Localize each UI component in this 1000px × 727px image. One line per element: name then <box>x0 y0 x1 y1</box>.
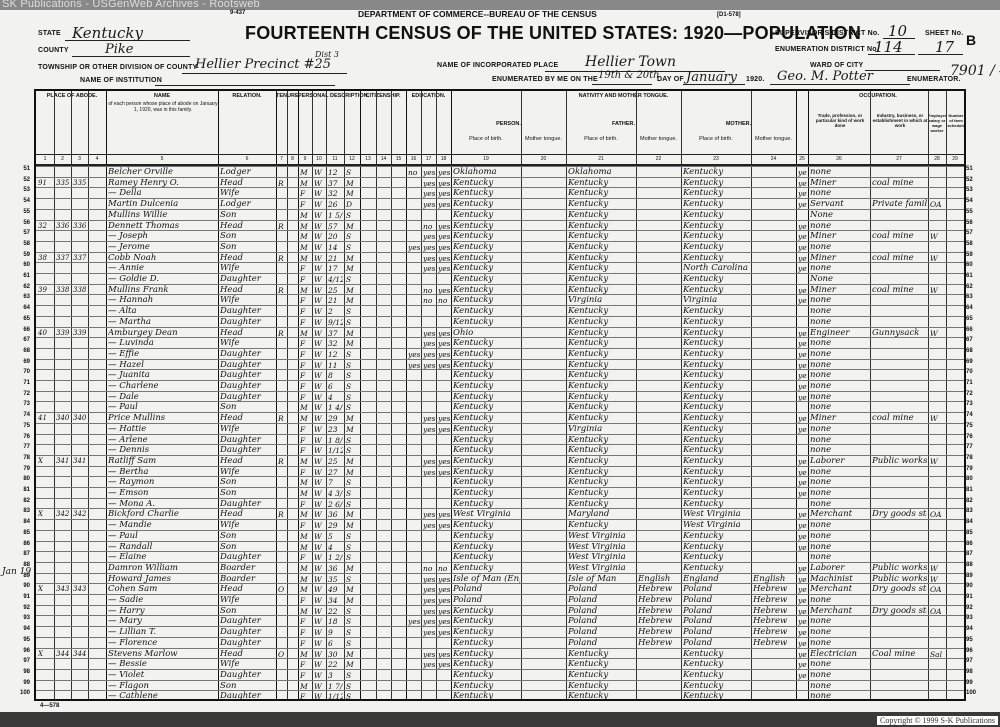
county-label: COUNTY <box>38 47 69 54</box>
line-number: 71 <box>14 380 30 386</box>
farm-head: Number of farm schedule <box>947 113 965 128</box>
line-number: 58 <box>14 241 30 247</box>
column-number: 14 <box>376 156 391 162</box>
line-number-right: 82 <box>966 498 982 504</box>
column-number: 24 <box>751 156 796 162</box>
column-number: 11 <box>326 156 344 162</box>
column-number: 19 <box>451 156 521 162</box>
line-number: 93 <box>14 615 30 621</box>
sheet-side: B <box>966 32 976 48</box>
line-number-right: 54 <box>966 198 982 204</box>
line-number-right: 75 <box>966 423 982 429</box>
township-underline <box>182 73 347 74</box>
line-number: 59 <box>14 252 30 258</box>
line-number-right: 100 <box>966 690 982 696</box>
enumeration-value: 114 <box>874 38 903 56</box>
cell-marital: S <box>346 691 359 702</box>
line-number: 57 <box>14 230 30 236</box>
group-relation: RELATION. <box>218 93 276 99</box>
state-value: Kentucky <box>72 24 143 42</box>
group-name: NAME <box>106 93 218 99</box>
line-number-right: 60 <box>966 262 982 268</box>
line-number-right: 84 <box>966 519 982 525</box>
enumeration-label: ENUMERATION DISTRICT No. <box>775 46 879 53</box>
line-number-right: 53 <box>966 187 982 193</box>
line-number-right: 79 <box>966 466 982 472</box>
line-number-right: 76 <box>966 434 982 440</box>
group-occupation: OCCUPATION. <box>808 93 948 99</box>
line-number-right: 87 <box>966 551 982 557</box>
enumerated-month: January <box>686 70 737 85</box>
line-number-right: 94 <box>966 626 982 632</box>
column-number: 10 <box>312 156 326 162</box>
incorporated-value: Hellier Town <box>585 54 676 70</box>
line-number-right: 56 <box>966 220 982 226</box>
ward-underline <box>865 70 940 71</box>
line-number: 54 <box>14 198 30 204</box>
group-nativity: NATIVITY AND MOTHER TONGUE. <box>451 93 796 99</box>
sheet-label: SHEET No. <box>925 30 963 37</box>
line-number-right: 66 <box>966 327 982 333</box>
sheet-value: 17 <box>935 38 954 56</box>
line-number: 87 <box>14 551 30 557</box>
ward-label: WARD OF CITY <box>810 62 863 69</box>
line-number: 70 <box>14 369 30 375</box>
line-number: 88 <box>14 562 30 568</box>
column-number: 23 <box>681 156 751 162</box>
line-number-right: 74 <box>966 412 982 418</box>
column-number: 1 <box>36 156 54 162</box>
column-number: 9 <box>298 156 312 162</box>
line-number-right: 70 <box>966 369 982 375</box>
line-number-right: 91 <box>966 594 982 600</box>
column-number: 16 <box>406 156 421 162</box>
column-number: 25 <box>796 156 808 162</box>
line-number: 97 <box>14 658 30 664</box>
line-number: 82 <box>14 498 30 504</box>
line-number: 67 <box>14 337 30 343</box>
line-number-right: 51 <box>966 166 982 172</box>
line-number-right: 61 <box>966 273 982 279</box>
line-number-right: 65 <box>966 316 982 322</box>
table-row: — CathleneDaughterFW1/12SKentuckyKentuck… <box>36 690 964 702</box>
line-number-right: 59 <box>966 252 982 258</box>
census-table: PLACE OF ABODE. NAME of each person whos… <box>34 89 966 701</box>
enumerated-label: ENUMERATED BY ME ON THE <box>492 76 598 83</box>
line-number-right: 52 <box>966 177 982 183</box>
column-number: 15 <box>391 156 406 162</box>
line-number: 94 <box>14 626 30 632</box>
column-number: 28 <box>928 156 946 162</box>
column-number: 20 <box>521 156 566 162</box>
line-number: 66 <box>14 327 30 333</box>
group-mother: MOTHER. <box>681 121 796 127</box>
line-number: 68 <box>14 348 30 354</box>
line-number: 72 <box>14 391 30 397</box>
township-value: Hellier Precinct #25 <box>195 57 331 72</box>
enumerated-day: 19th & 20th <box>598 70 660 81</box>
line-number-right: 83 <box>966 508 982 514</box>
column-number: 8 <box>287 156 298 162</box>
line-number: 52 <box>14 177 30 183</box>
line-number: 96 <box>14 648 30 654</box>
line-number-right: 73 <box>966 401 982 407</box>
line-number-right: 72 <box>966 391 982 397</box>
cell-relation: Daughter <box>220 691 275 702</box>
line-number-right: 58 <box>966 241 982 247</box>
column-number: 12 <box>344 156 360 162</box>
line-number: 53 <box>14 187 30 193</box>
township-label: TOWNSHIP OR OTHER DIVISION OF COUNTY <box>38 64 197 71</box>
line-number: 61 <box>14 273 30 279</box>
line-number-right: 88 <box>966 562 982 568</box>
employer-head: Employer, salary or wage worker <box>928 113 946 133</box>
line-number-right: 67 <box>966 337 982 343</box>
copyright-notice: Copyright © 1999 S-K Publications <box>877 716 998 725</box>
line-number: 85 <box>14 530 30 536</box>
line-number: 65 <box>14 316 30 322</box>
state-label: STATE <box>38 30 61 37</box>
cell-trade: none <box>810 691 869 702</box>
column-number: 29 <box>946 156 964 162</box>
line-number: 89 <box>14 573 30 579</box>
enumerator-name: Geo. M. Potter <box>777 69 873 84</box>
line-number: 55 <box>14 209 30 215</box>
department-heading: DEPARTMENT OF COMMERCE--BUREAU OF THE CE… <box>358 9 597 19</box>
group-name-desc: of each person whose place of abode on J… <box>108 101 218 113</box>
line-number: 78 <box>14 455 30 461</box>
column-number: 6 <box>218 156 276 162</box>
county-value: Pike <box>105 42 133 57</box>
line-number-right: 95 <box>966 637 982 643</box>
column-number: 5 <box>106 156 218 162</box>
form-code-right: [D1-578] <box>717 12 741 18</box>
trade-head: Trade, profession, or particular kind of… <box>810 113 870 128</box>
column-number: 3 <box>71 156 88 162</box>
column-number: 22 <box>636 156 681 162</box>
column-number: 4 <box>88 156 106 162</box>
line-number-right: 64 <box>966 305 982 311</box>
form-code-left: 9-437 <box>230 10 245 16</box>
enumerator-underline <box>770 84 910 85</box>
line-number-right: 80 <box>966 476 982 482</box>
cell-mother-birth: Kentucky <box>683 691 750 702</box>
bottom-scan-edge <box>0 712 1000 727</box>
line-number-right: 98 <box>966 669 982 675</box>
person-tongue-head: Mother tongue. <box>521 136 566 142</box>
line-number-right: 90 <box>966 583 982 589</box>
group-citizenship: CITIZENSHIP. <box>360 93 406 99</box>
column-number: 2 <box>54 156 71 162</box>
group-abode: PLACE OF ABODE. <box>38 93 106 99</box>
line-number-right: 86 <box>966 541 982 547</box>
line-number-right: 85 <box>966 530 982 536</box>
line-number: 56 <box>14 220 30 226</box>
column-number: 7 <box>276 156 287 162</box>
column-number: 21 <box>566 156 636 162</box>
column-number: 26 <box>808 156 870 162</box>
cell-father-birth: Kentucky <box>568 691 635 702</box>
line-number-right: 71 <box>966 380 982 386</box>
line-number-right: 89 <box>966 573 982 579</box>
line-number-right: 81 <box>966 487 982 493</box>
line-number-right: 77 <box>966 444 982 450</box>
township-note: Dist 3 <box>315 50 339 59</box>
header-divider <box>36 154 964 155</box>
line-number: 64 <box>14 305 30 311</box>
institution-underline <box>155 85 335 86</box>
column-number: 27 <box>870 156 928 162</box>
line-number: 80 <box>14 476 30 482</box>
line-number-right: 99 <box>966 680 982 686</box>
line-number: 69 <box>14 359 30 365</box>
person-birth-head: Place of birth. <box>451 136 521 142</box>
form-footer: 4—578 <box>40 703 59 709</box>
line-number: 77 <box>14 444 30 450</box>
institution-label: NAME OF INSTITUTION <box>80 77 162 84</box>
line-number: 90 <box>14 583 30 589</box>
incorporated-label: NAME OF INCORPORATED PLACE <box>437 62 558 69</box>
line-number: 60 <box>14 262 30 268</box>
supervisor-label: SUPERVISOR'S DISTRICT No. <box>775 30 880 37</box>
line-number: 91 <box>14 594 30 600</box>
cell-age: 1/12 <box>328 691 343 702</box>
line-number: 95 <box>14 637 30 643</box>
line-number: 84 <box>14 519 30 525</box>
watermark: SK Publications - USGenWeb Archives - Ro… <box>2 0 260 10</box>
father-birth-head: Place of birth. <box>566 136 636 142</box>
group-education: EDUCATION. <box>406 93 451 99</box>
page-title: FOURTEENTH CENSUS OF THE UNITED STATES: … <box>245 23 861 44</box>
line-number-right: 97 <box>966 658 982 664</box>
margin-number: 7901 / 4162 <box>950 63 1000 79</box>
line-number: 62 <box>14 284 30 290</box>
line-number-right: 62 <box>966 284 982 290</box>
column-number: 17 <box>421 156 436 162</box>
line-number-right: 63 <box>966 294 982 300</box>
father-tongue-head: Mother tongue. <box>636 136 681 142</box>
line-number: 76 <box>14 434 30 440</box>
line-number: 98 <box>14 669 30 675</box>
line-number-right: 68 <box>966 348 982 354</box>
line-number-right: 93 <box>966 615 982 621</box>
cell-race: W <box>314 691 325 702</box>
line-number: 92 <box>14 605 30 611</box>
line-number: 100 <box>14 690 30 696</box>
group-father: FATHER. <box>566 121 681 127</box>
line-number-right: 78 <box>966 455 982 461</box>
line-number: 81 <box>14 487 30 493</box>
column-number: 18 <box>436 156 451 162</box>
mother-tongue-head: Mother tongue. <box>751 136 796 142</box>
line-number: 83 <box>14 508 30 514</box>
cell-name: — Cathlene <box>108 691 217 702</box>
line-number: 99 <box>14 680 30 686</box>
enumerated-day-underline <box>592 84 652 85</box>
mother-birth-head: Place of birth. <box>681 136 751 142</box>
line-number-right: 92 <box>966 605 982 611</box>
line-number-right: 96 <box>966 648 982 654</box>
group-person: PERSON. <box>451 121 566 127</box>
line-number-right: 55 <box>966 209 982 215</box>
group-personal: PERSONAL DESCRIPTION. <box>298 93 360 99</box>
industry-head: Industry, business, or establishment in … <box>872 113 928 128</box>
line-number: 51 <box>14 166 30 172</box>
line-number-right: 57 <box>966 230 982 236</box>
line-number: 75 <box>14 423 30 429</box>
day-of-label: DAY OF <box>657 76 684 83</box>
year-label: 1920. <box>746 76 765 83</box>
line-number: 63 <box>14 294 30 300</box>
line-number: 73 <box>14 401 30 407</box>
line-number-right: 69 <box>966 359 982 365</box>
cell-birth: Kentucky <box>453 691 520 702</box>
cell-sex: F <box>300 691 311 702</box>
line-number: 74 <box>14 412 30 418</box>
column-number: 13 <box>360 156 376 162</box>
line-number: 79 <box>14 466 30 472</box>
line-number: 86 <box>14 541 30 547</box>
